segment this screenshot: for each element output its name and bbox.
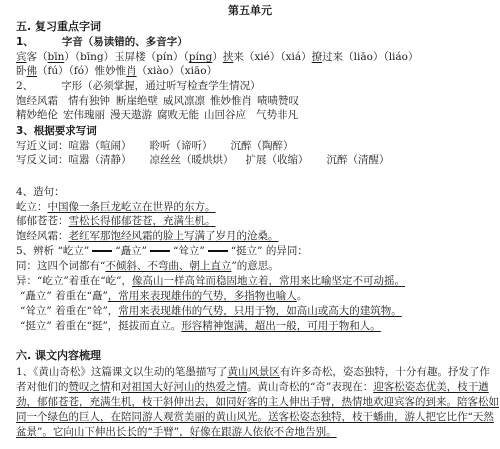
subheading-pronunciation: 1、字音（易读错的、多音字） (16, 35, 188, 49)
subheading-sentences: 4、造句： (16, 185, 65, 199)
subheading-character-shape: 2、字形（必须掌握，通过听写检查学生情况） (16, 79, 261, 93)
paragraph-line: 者对他们的赞叹之情和对祖国大好河山的热爱之情。黄山奇松的“奇”表现在：迎客松姿态… (16, 380, 489, 394)
analysis-diff-item: “耸立” 着重在“耸”，常用来表现雄伟的气势，只用于物，如高山或高大的建筑物。 (20, 304, 402, 318)
paragraph-line: 同一个绿色的巨人，在陪同游人观赏美丽的黄山风光。送客松姿态独特，枝干蟠曲，游人把… (16, 410, 494, 424)
sentence-item: 饱经风霜：老红军那饱经风霜的脸上写满了岁月的沧桑。 (16, 229, 279, 243)
section-heading-review: 五. 复习重点字词 (16, 20, 101, 34)
analysis-diff-item: “矗立” 着重在“矗”，常用来表现雄伟的气势，多指物也喻人。 (20, 289, 307, 303)
dash-divider (208, 250, 228, 252)
dash-divider (150, 250, 170, 252)
page-title: 第五单元 (0, 4, 500, 18)
analysis-same: 同：这四个词都有“不倾斜、不弯曲、朝上直立”的意思。 (16, 259, 279, 273)
sentence-item: 郁郁苍苍：雪松长得郁郁苍苍，充满生机。 (16, 214, 216, 228)
subheading-write-words: 3、根据要求写词 (16, 124, 97, 138)
dash-divider (92, 250, 112, 252)
shape-row-1: 饱经风霜情有独钟断崖绝壁威风凛凛惟妙惟肖啧啧赞叹 (16, 94, 299, 108)
document-page: 第五单元 五. 复习重点字词 1、字音（易读错的、多音字） 宾客（bīn）（bī… (0, 0, 500, 449)
synonyms-line: 写近义词：喧嚣（喧闹）聆听（谛听）沉醉（陶醉） (16, 139, 294, 153)
analysis-diff-item: 异：“屹立”着重在“屹”，像高山一样高耸而稳固地立着，常用来比喻坚定不可动摇。 (16, 274, 405, 288)
antonyms-line: 写反义词：喧嚣（清静）凉丝丝（暖烘烘）扩展（收缩）沉醉（清醒） (16, 153, 390, 167)
subheading-word-analysis: 5、辨析 “屹立”“矗立”“耸立”“挺立” 的异同： (16, 244, 308, 258)
paragraph-line: 劲，郁郁苍苍，充满生机，枝干斜伸出去，如同好客的主人伸出手臂，热情地欢迎宾客的到… (16, 395, 499, 409)
sentence-item: 屹立：中国像一条巨龙屹立在世界的东方。 (16, 200, 216, 214)
analysis-diff-item: “挺立” 着重在“挺”，挺拔而直立。形容精神饱满，超出一般，可用于物和人。 (20, 319, 381, 333)
pronunciation-line-1: 宾客（bīn）（bīng）玉屏楼（pín）（píng）挟来（xié）（xiá）撩… (16, 50, 419, 64)
paragraph-line: 1、《黄山奇松》这篇课文以生动的笔墨描写了黄山风景区有许多奇松，姿态独特，十分有… (16, 365, 490, 379)
paragraph-line: 盆景”。它向山下伸出长长的“手臂”，好像在跟游人依依不舍地告别。 (16, 425, 337, 439)
shape-row-2: 精妙绝伦宏伟瑰丽漫天遨游腐败无能山回谷应气势非凡 (16, 108, 298, 122)
section-heading-text-review: 六. 课文内容梳理 (16, 349, 101, 363)
pronunciation-line-2: 卧佛（fú）（fó）惟妙惟肖（xiào）（xiāo） (16, 64, 217, 78)
